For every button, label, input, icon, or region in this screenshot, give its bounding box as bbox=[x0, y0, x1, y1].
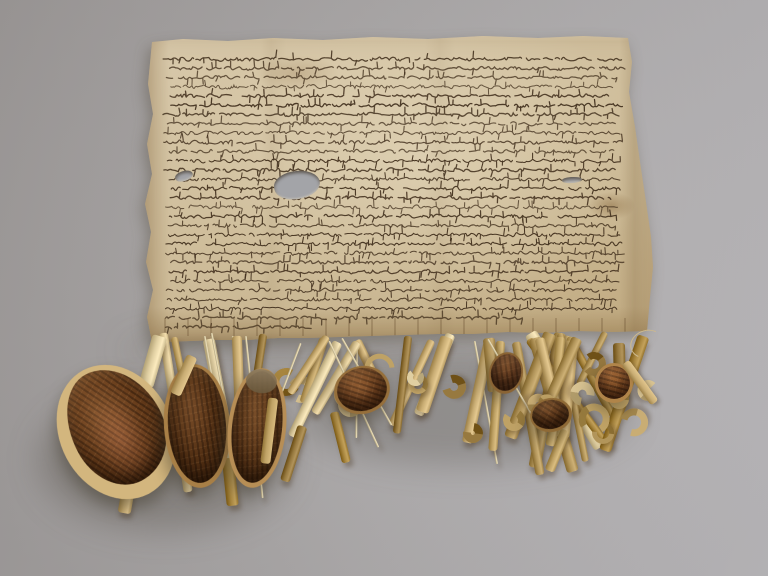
script-line bbox=[169, 209, 616, 224]
script-line bbox=[167, 153, 620, 168]
script-line bbox=[164, 162, 615, 177]
script-line bbox=[171, 180, 620, 195]
script-line bbox=[167, 116, 615, 132]
script-line bbox=[170, 60, 625, 75]
script-line bbox=[169, 144, 620, 159]
plica-fold bbox=[149, 318, 647, 336]
script-line bbox=[170, 88, 608, 104]
script-line bbox=[164, 125, 620, 139]
script-line bbox=[166, 246, 625, 260]
handwritten-text-block bbox=[143, 32, 655, 348]
script-line bbox=[164, 134, 623, 150]
script-line bbox=[169, 264, 621, 280]
parchment-sheet bbox=[143, 32, 655, 348]
script-line bbox=[171, 97, 623, 112]
script-line bbox=[166, 283, 621, 298]
script-line bbox=[163, 50, 621, 65]
charter-photograph bbox=[0, 0, 768, 576]
script-line bbox=[170, 190, 611, 205]
script-line bbox=[166, 70, 616, 85]
script-line bbox=[171, 254, 624, 270]
parchment-document bbox=[143, 32, 655, 348]
script-line bbox=[171, 79, 616, 95]
script-line bbox=[169, 226, 620, 242]
script-line bbox=[166, 300, 617, 317]
script-line bbox=[169, 173, 620, 186]
script-line bbox=[163, 106, 619, 121]
script-line bbox=[166, 200, 618, 215]
script-line bbox=[171, 273, 619, 289]
